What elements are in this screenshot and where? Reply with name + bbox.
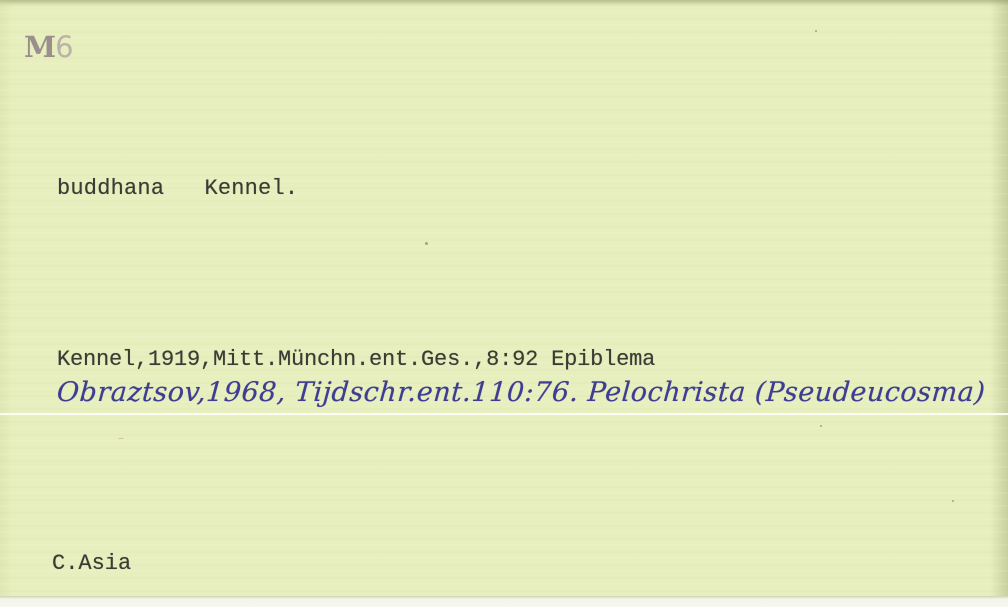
species-title: buddhana Kennel.	[57, 176, 298, 201]
scan-artifact-line	[0, 413, 1008, 415]
stamp-letter: M	[24, 30, 55, 64]
paper-speck	[815, 30, 817, 32]
paper-speck	[118, 438, 124, 439]
original-reference: Kennel,1919,Mitt.Münchn.ent.Ges.,8:92 Ep…	[57, 347, 655, 372]
stamp-number: 6	[55, 30, 72, 64]
paper-speck	[425, 242, 428, 245]
species-author: Kennel.	[204, 176, 298, 201]
paper-speck	[952, 500, 954, 502]
card-bottom-edge	[0, 596, 1008, 607]
distribution-region: C.Asia	[52, 551, 131, 576]
handwritten-reference: Obraztsov,1968, Tijdschr.ent.110:76. Pel…	[56, 377, 987, 408]
card-stamp: M6	[24, 30, 73, 64]
paper-speck	[820, 425, 822, 427]
species-name: buddhana	[57, 176, 164, 201]
index-card: M6 buddhana Kennel. Kennel,1919,Mitt.Mün…	[0, 0, 1008, 607]
